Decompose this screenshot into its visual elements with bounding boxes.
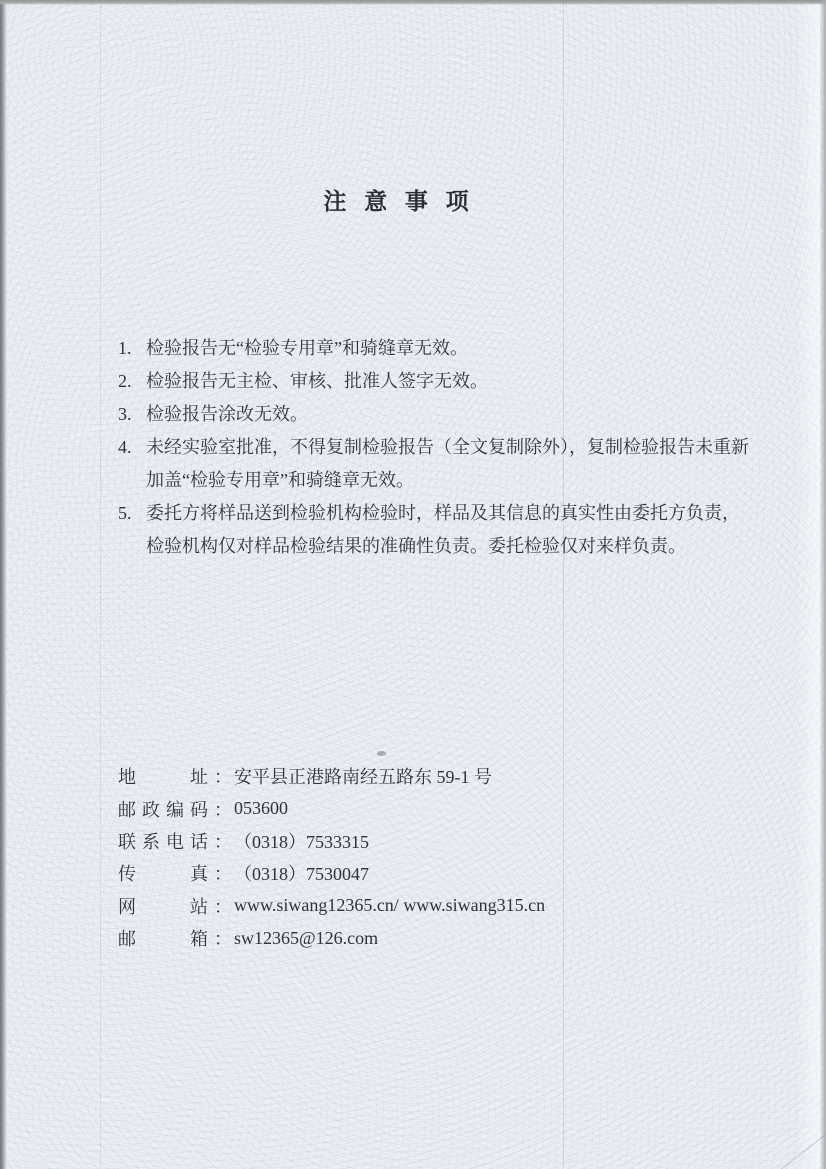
note-line: 检验机构仅对样品检验结果的准确性负责。委托检验仅对来样负责。 xyxy=(146,530,718,563)
watermark-arc xyxy=(617,692,681,738)
contact-info: 地 址：安平县正港路南经五路东 59-1 号 邮政编码：053600 联系电话：… xyxy=(118,760,545,954)
note-item: 4. 未经实验室批准，不得复制检验报告（全文复制除外），复制检验报告未重新 加盖… xyxy=(118,431,718,497)
contact-row-website: 网 站：www.siwang12365.cn/ www.siwang315.cn xyxy=(118,890,545,922)
scanner-edge-left xyxy=(0,0,7,1169)
watermark-arc xyxy=(716,917,781,973)
watermark-arc xyxy=(356,598,421,653)
note-line: 未经实验室批准，不得复制检验报告（全文复制除外），复制检验报告未重新 xyxy=(146,431,718,464)
note-number: 5. xyxy=(118,497,132,530)
notes-list: 1. 检验报告无“检验专用章”和骑缝章无效。 2. 检验报告无主检、审核、批准人… xyxy=(118,332,718,563)
note-number: 4. xyxy=(118,431,132,464)
contact-label: 地 址 xyxy=(118,763,214,789)
contact-row-postcode: 邮政编码：053600 xyxy=(118,792,545,824)
contact-colon: ： xyxy=(214,925,232,951)
note-line: 委托方将样品送到检验机构检验时，样品及其信息的真实性由委托方负责， xyxy=(146,497,718,530)
note-number: 1. xyxy=(118,332,132,365)
scanned-paper: 注 意 事 项 1. 检验报告无“检验专用章”和骑缝章无效。 2. 检验报告无主… xyxy=(0,0,826,1169)
paper-edge-highlight xyxy=(796,0,820,1169)
contact-value: 053600 xyxy=(234,798,288,819)
scanner-edge-right xyxy=(820,0,826,1169)
contact-label: 邮政编码 xyxy=(118,796,214,822)
paper-crease-right xyxy=(563,0,564,1169)
watermark-arc xyxy=(116,78,181,132)
watermark-arc xyxy=(256,968,321,1022)
contact-label: 邮 箱 xyxy=(118,925,214,951)
watermark-arc xyxy=(226,257,291,313)
scan-speck xyxy=(377,751,386,756)
contact-value: （0318）7533315 xyxy=(234,828,369,854)
watermark-arc xyxy=(536,1029,601,1081)
contact-row-email: 邮 箱：sw12365@126.com xyxy=(118,922,545,954)
note-line: 检验报告无主检、审核、批准人签字无效。 xyxy=(146,365,718,398)
contact-colon: ： xyxy=(214,893,232,919)
contact-label: 网 站 xyxy=(118,893,214,919)
watermark-arc xyxy=(146,680,211,731)
page-title: 注 意 事 项 xyxy=(0,183,812,216)
contact-row-phone: 联系电话：（0318）7533315 xyxy=(118,825,545,857)
note-number: 3. xyxy=(118,398,132,431)
note-item: 1. 检验报告无“检验专用章”和骑缝章无效。 xyxy=(118,332,718,365)
contact-label: 传 真 xyxy=(118,860,214,886)
note-line: 加盖“检验专用章”和骑缝章无效。 xyxy=(146,464,718,497)
watermark-arc xyxy=(87,1092,151,1138)
note-item: 5. 委托方将样品送到检验机构检验时，样品及其信息的真实性由委托方负责， 检验机… xyxy=(118,497,718,563)
note-line: 检验报告无“检验专用章”和骑缝章无效。 xyxy=(146,332,718,365)
contact-value: 安平县正港路南经五路东 59-1 号 xyxy=(234,763,492,789)
note-item: 2. 检验报告无主检、审核、批准人签字无效。 xyxy=(118,365,718,398)
watermark-arc xyxy=(427,51,492,99)
contact-value: （0318）7530047 xyxy=(234,860,369,886)
contact-colon: ： xyxy=(214,828,232,854)
watermark-arc xyxy=(56,420,121,470)
note-line: 检验报告涂改无效。 xyxy=(146,398,718,431)
contact-value: sw12365@126.com xyxy=(234,928,378,949)
contact-value: www.siwang12365.cn/ www.siwang315.cn xyxy=(234,895,545,916)
note-number: 2. xyxy=(118,365,132,398)
contact-row-fax: 传 真：（0318）7530047 xyxy=(118,857,545,889)
note-item: 3. 检验报告涂改无效。 xyxy=(118,398,718,431)
contact-colon: ： xyxy=(214,860,232,886)
contact-colon: ： xyxy=(214,763,232,789)
contact-label: 联系电话 xyxy=(118,828,214,854)
contact-colon: ： xyxy=(214,796,232,822)
contact-row-address: 地 址：安平县正港路南经五路东 59-1 号 xyxy=(118,760,545,792)
scanner-edge-top xyxy=(0,0,826,5)
paper-crease-left xyxy=(100,0,101,1169)
